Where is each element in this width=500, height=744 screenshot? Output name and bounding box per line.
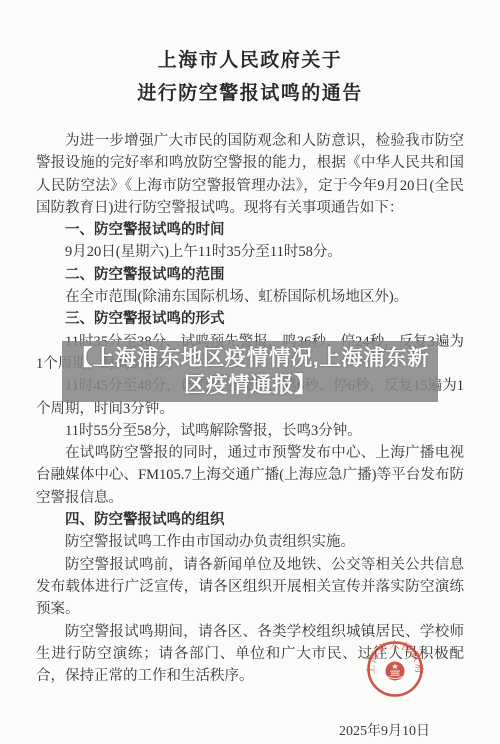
notice-paragraph-organizer: 防空警报试鸣工作由市国动办负责组织实施。 bbox=[36, 531, 464, 553]
notice-heading-4-organization: 四、防空警报试鸣的组织 bbox=[36, 509, 464, 531]
watermark-overlay-caption: 【上海浦东地区疫情情况,上海浦东新区疫情通报】 bbox=[62, 341, 438, 402]
notice-paragraph-time: 9月20日(星期六)上午11时35分至11时58分。 bbox=[36, 241, 464, 263]
notice-paragraph-all-clear: 11时55分至58分，试鸣解除警报，长鸣3分钟。 bbox=[36, 420, 464, 442]
notice-heading-1-time: 一、防空警报试鸣的时间 bbox=[36, 219, 464, 241]
notice-paragraph-publicity: 防空警报试鸣前，请各新闻单位及地铁、公交等相关公共信息发布载体进行广泛宣传，请各… bbox=[36, 554, 464, 621]
notice-date: 2025年9月10日 bbox=[36, 720, 430, 740]
notice-heading-3-form: 三、防空警报试鸣的形式 bbox=[36, 308, 464, 330]
notice-title: 上海市人民政府关于 进行防空警报试鸣的通告 bbox=[36, 44, 464, 110]
national-emblem-icon bbox=[386, 662, 405, 681]
notice-document-page: 上海市人民政府关于 进行防空警报试鸣的通告 为进一步增强广大市民的国防观念和人防… bbox=[0, 0, 500, 744]
notice-body: 为进一步增强广大市民的国防观念和人防意识，检验我市防空警报设施的完好率和鸣放防空… bbox=[36, 130, 464, 687]
notice-paragraph-scope: 在全市范围(除浦东国际机场、虹桥国际机场地区外)。 bbox=[36, 286, 464, 308]
government-seal-stamp: 上海市人民政府 bbox=[366, 640, 424, 698]
notice-title-line1: 上海市人民政府关于 bbox=[36, 44, 464, 77]
notice-paragraph-broadcast: 在试鸣防空警报的同时，通过市预警发布中心、上海广播电视台融媒体中心、FM105.… bbox=[36, 442, 464, 509]
notice-title-line2: 进行防空警报试鸣的通告 bbox=[36, 77, 464, 110]
notice-heading-2-scope: 二、防空警报试鸣的范围 bbox=[36, 264, 464, 286]
notice-paragraph-intro: 为进一步增强广大市民的国防观念和人防意识，检验我市防空警报设施的完好率和鸣放防空… bbox=[36, 130, 464, 219]
